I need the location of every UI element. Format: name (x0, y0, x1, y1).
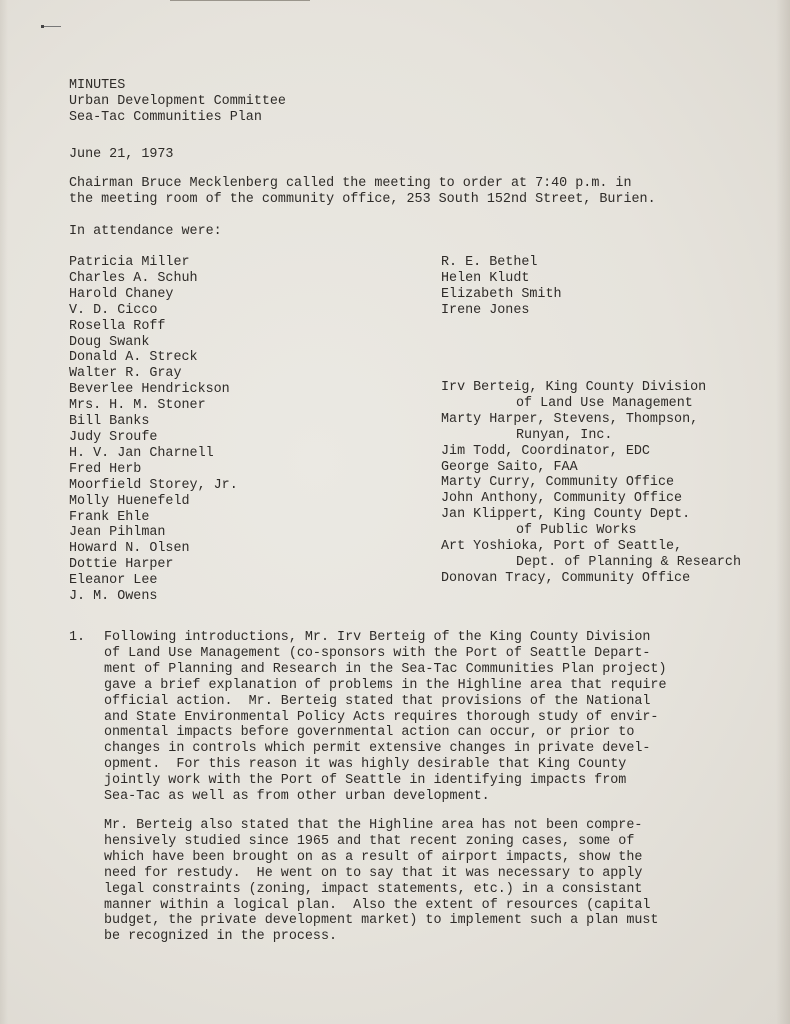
intro-line: Chairman Bruce Mecklenberg called the me… (69, 176, 656, 192)
attendees-left-column: Patricia MillerCharles A. SchuhHarold Ch… (69, 255, 238, 605)
attendee-name: H. V. Jan Charnell (69, 446, 238, 462)
paragraph-line: ment of Planning and Research in the Sea… (104, 662, 667, 678)
attendee-name: Marty Harper, Stevens, Thompson, (441, 412, 741, 428)
attendee-name: Doug Swank (69, 335, 238, 351)
attendee-name: Helen Kludt (441, 271, 562, 287)
paragraph-line: manner within a logical plan. Also the e… (104, 898, 658, 914)
attendee-name: George Saito, FAA (441, 460, 741, 476)
attendee-affiliation: Dept. of Planning & Research (441, 555, 741, 571)
attendee-name: Fred Herb (69, 462, 238, 478)
staple-mark (43, 26, 61, 30)
attendee-name: Donald A. Streck (69, 350, 238, 366)
attendee-name: Mrs. H. M. Stoner (69, 398, 238, 414)
attendee-name: Jan Klippert, King County Dept. (441, 507, 741, 523)
attendee-name: Molly Huenefeld (69, 494, 238, 510)
meeting-date-text: June 21, 1973 (69, 147, 173, 163)
attendee-name: Eleanor Lee (69, 573, 238, 589)
paragraph-line: budget, the private development market) … (104, 913, 658, 929)
item1-paragraph-2: Mr. Berteig also stated that the Highlin… (104, 818, 658, 945)
paragraph-line: jointly work with the Port of Seattle in… (104, 773, 667, 789)
attendee-name: Howard N. Olsen (69, 541, 238, 557)
attendee-name: Judy Sroufe (69, 430, 238, 446)
attendee-name: Beverlee Hendrickson (69, 382, 238, 398)
paragraph-line: changes in controls which permit extensi… (104, 741, 667, 757)
item-number: 1. (69, 630, 85, 646)
attendee-affiliation: of Public Works (441, 523, 741, 539)
page-edge-mark (170, 0, 310, 1)
paragraph-line: of Land Use Management (co-sponsors with… (104, 646, 667, 662)
attendee-name: Moorfield Storey, Jr. (69, 478, 238, 494)
paragraph-line: official action. Mr. Berteig stated that… (104, 694, 667, 710)
attendee-name: Dottie Harper (69, 557, 238, 573)
paragraph-line: gave a brief explanation of problems in … (104, 678, 667, 694)
attendee-name: Jean Pihlman (69, 525, 238, 541)
document-page: MINUTES Urban Development Committee Sea-… (0, 0, 790, 1024)
attendees-right-officials: Irv Berteig, King County Divisionof Land… (441, 380, 741, 587)
attendee-name: R. E. Bethel (441, 255, 562, 271)
intro-line: the meeting room of the community office… (69, 192, 656, 208)
meeting-date: June 21, 1973 (69, 147, 173, 163)
paragraph-line: which have been brought on as a result o… (104, 850, 658, 866)
attendee-name: Irene Jones (441, 303, 562, 319)
attendee-name: John Anthony, Community Office (441, 491, 741, 507)
paragraph-line: Sea-Tac as well as from other urban deve… (104, 789, 667, 805)
item1-paragraph-1: Following introductions, Mr. Irv Berteig… (104, 630, 667, 805)
header-plan: Sea-Tac Communities Plan (69, 110, 286, 126)
document-header: MINUTES Urban Development Committee Sea-… (69, 78, 286, 126)
paragraph-line: Following introductions, Mr. Irv Berteig… (104, 630, 667, 646)
attendee-affiliation: of Land Use Management (441, 396, 741, 412)
attendee-name: Irv Berteig, King County Division (441, 380, 741, 396)
paragraph-line: Mr. Berteig also stated that the Highlin… (104, 818, 658, 834)
paragraph-line: and State Environmental Policy Acts requ… (104, 710, 667, 726)
attendee-name: Art Yoshioka, Port of Seattle, (441, 539, 741, 555)
paragraph-line: opment. For this reason it was highly de… (104, 757, 667, 773)
attendee-name: Rosella Roff (69, 319, 238, 335)
header-title: MINUTES (69, 78, 286, 94)
paragraph-line: legal constraints (zoning, impact statem… (104, 882, 658, 898)
attendee-name: Frank Ehle (69, 510, 238, 526)
paragraph-line: be recognized in the process. (104, 929, 658, 945)
attendance-label: In attendance were: (69, 224, 222, 240)
attendee-affiliation: Runyan, Inc. (441, 428, 741, 444)
item-number-text: 1. (69, 630, 85, 646)
header-committee: Urban Development Committee (69, 94, 286, 110)
attendee-name: Donovan Tracy, Community Office (441, 571, 741, 587)
intro-paragraph: Chairman Bruce Mecklenberg called the me… (69, 176, 656, 208)
attendee-name: Jim Todd, Coordinator, EDC (441, 444, 741, 460)
paragraph-line: need for restudy. He went on to say that… (104, 866, 658, 882)
attendee-name: Patricia Miller (69, 255, 238, 271)
attendee-name: J. M. Owens (69, 589, 238, 605)
attendee-name: Charles A. Schuh (69, 271, 238, 287)
attendee-name: Walter R. Gray (69, 366, 238, 382)
attendee-name: Bill Banks (69, 414, 238, 430)
attendee-name: V. D. Cicco (69, 303, 238, 319)
attendee-name: Marty Curry, Community Office (441, 475, 741, 491)
attendees-right-citizens: R. E. BethelHelen KludtElizabeth SmithIr… (441, 255, 562, 319)
attendee-name: Harold Chaney (69, 287, 238, 303)
paragraph-line: onmental impacts before governmental act… (104, 725, 667, 741)
attendance-label-text: In attendance were: (69, 224, 222, 240)
paragraph-line: hensively studied since 1965 and that re… (104, 834, 658, 850)
attendee-name: Elizabeth Smith (441, 287, 562, 303)
